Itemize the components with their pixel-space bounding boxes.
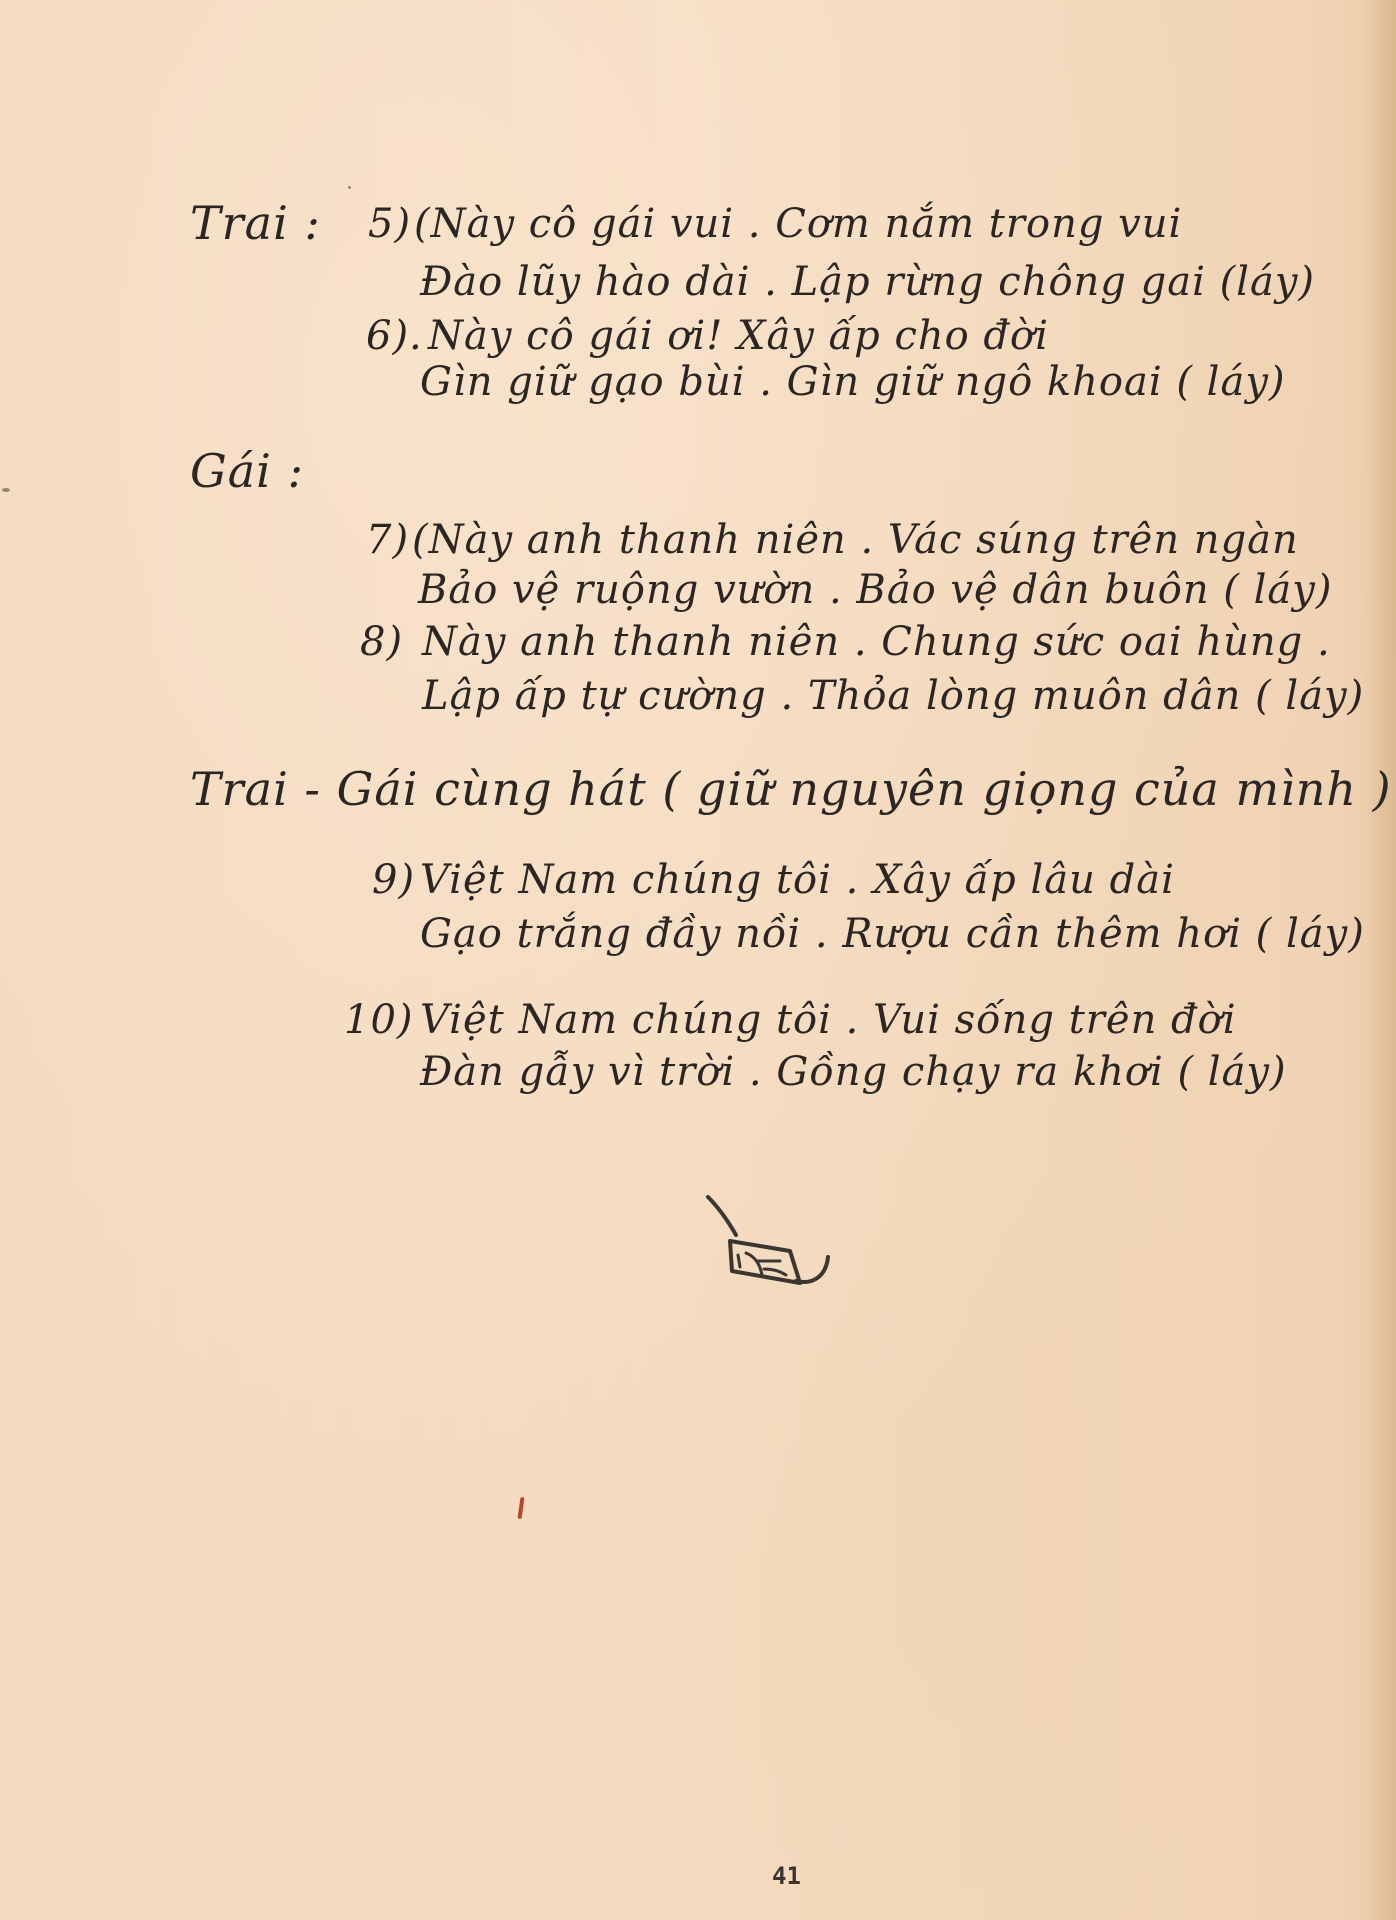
verse-5-line-2: Đào lũy hào dài . Lập rừng chông gai (lá… [420, 262, 1315, 302]
verse-9-line-2: Gạo trắng đầy nồi . Rượu cần thêm hơi ( … [420, 914, 1365, 954]
verse-number-9: 9) [372, 860, 415, 900]
red-ink-mark [517, 1497, 524, 1519]
page-edge-shadow [1366, 0, 1396, 1920]
verse-number-10: 10) [344, 1000, 414, 1040]
verse-number-7: 7) [366, 520, 409, 560]
verse-10-line-2: Đàn gẫy vì trời . Gồng chạy ra khơi ( lá… [420, 1052, 1287, 1092]
verse-8-line-1: Này anh thanh niên . Chung sức oai hùng … [422, 622, 1331, 662]
verse-7-line-1: (Này anh thanh niên . Vác súng trên ngàn [412, 520, 1299, 560]
verse-number-6: 6). [366, 316, 423, 356]
verse-9-line-1: Việt Nam chúng tôi . Xây ấp lâu dài [420, 860, 1175, 900]
verse-6-line-2: Gìn giữ gạo bùi . Gìn giữ ngô khoai ( lá… [420, 362, 1286, 402]
verse-number-8: 8) [360, 622, 403, 662]
verse-number-5: 5) [368, 204, 411, 244]
verse-5-line-1: (Này cô gái vui . Cơm nắm trong vui [414, 204, 1182, 244]
page-number: 41 [772, 1862, 801, 1890]
speaker-label-trai: Trai : [190, 200, 321, 246]
verse-7-line-2: Bảo vệ ruộng vườn . Bảo vệ dân buôn ( lá… [418, 570, 1332, 610]
verse-6-line-1: Này cô gái ơi! Xây ấp cho đời [428, 316, 1049, 356]
speaker-label-trai-gai: Trai - Gái cùng hát ( giữ nguyên giọng c… [190, 766, 1392, 812]
paper-speck [2, 488, 10, 492]
leaf-ornament-icon [700, 1195, 840, 1295]
verse-8-line-2: Lập ấp tự cường . Thỏa lòng muôn dân ( l… [422, 676, 1364, 716]
scanned-page: Trai : 5) (Này cô gái vui . Cơm nắm tron… [0, 0, 1396, 1920]
paper-speck [348, 186, 351, 189]
verse-10-line-1: Việt Nam chúng tôi . Vui sống trên đời [420, 1000, 1237, 1040]
speaker-label-gai: Gái : [190, 448, 304, 494]
